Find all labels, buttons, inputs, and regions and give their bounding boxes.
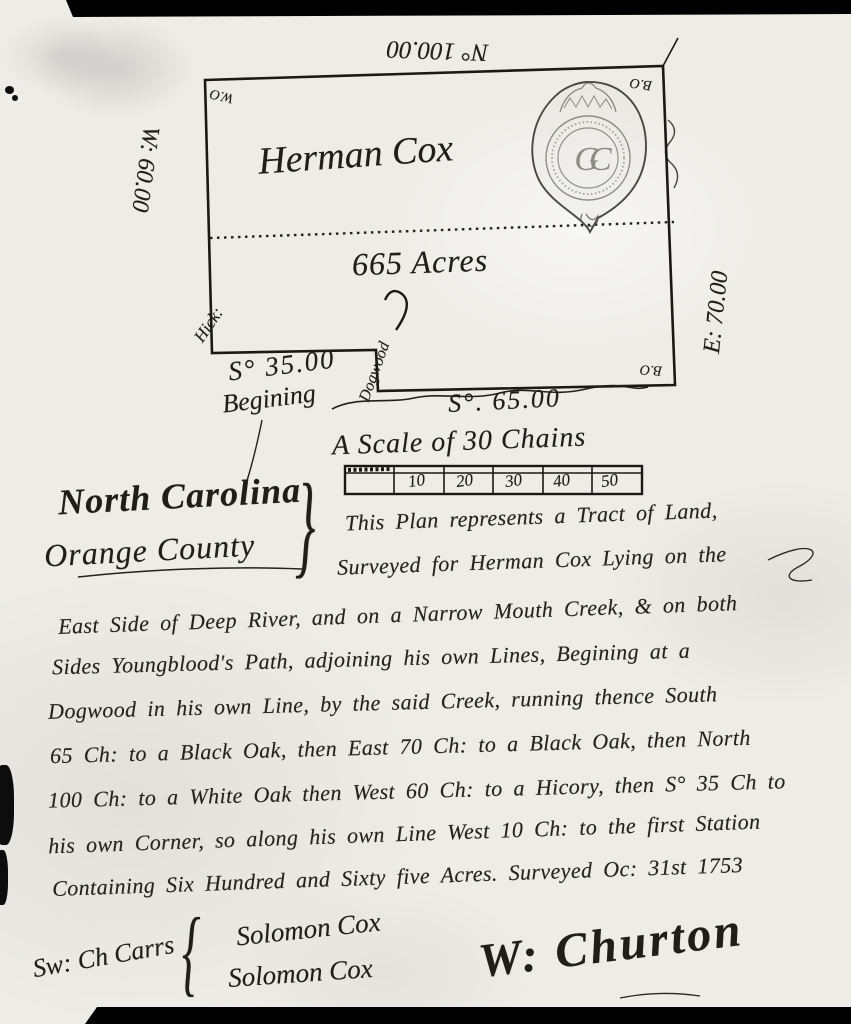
scale-tick-50: 50 <box>600 471 619 490</box>
survey-document-scan: GC N° 100.00 W: 60.00 E: 70.00 S° 35.00 … <box>0 0 851 1024</box>
plat-acreage: 665 Acres <box>351 244 488 281</box>
black-oak-corner-marker-top: B.O <box>629 75 653 92</box>
scale-tick-40: 40 <box>552 471 571 490</box>
ink-blot <box>5 86 14 94</box>
ink-blot <box>12 95 18 101</box>
ink-smear <box>0 850 8 905</box>
scale-tick-10: 10 <box>407 471 426 490</box>
heading-brace: } <box>295 468 315 583</box>
ink-smear <box>0 765 14 845</box>
scale-tick-20: 20 <box>455 471 474 490</box>
carriers-brace: { <box>182 906 200 1003</box>
scale-tick-30: 30 <box>504 471 523 490</box>
black-oak-corner-marker-bottom: B.O <box>640 361 663 377</box>
plat-south-bearing-label: S°. 65.00 <box>447 385 561 417</box>
